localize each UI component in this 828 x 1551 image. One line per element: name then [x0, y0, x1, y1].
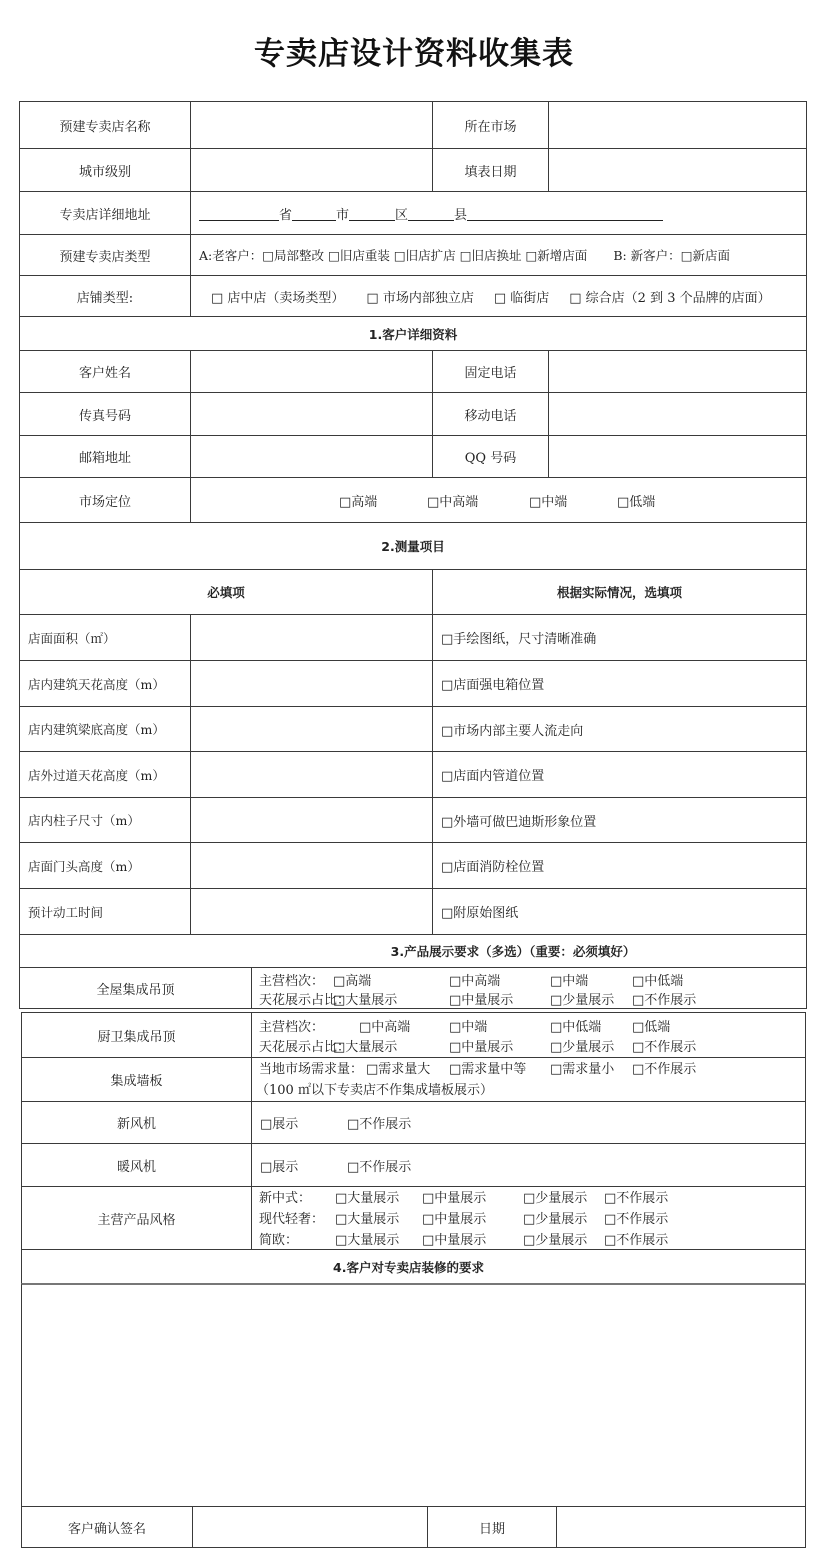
optional-item[interactable]: □手绘图纸，尺寸清晰准确: [432, 614, 807, 661]
customer-name-label: 客户姓名: [19, 350, 191, 393]
mobile-field[interactable]: [548, 392, 807, 436]
store-type-a-option[interactable]: □旧店扩店: [394, 246, 456, 264]
optional-item[interactable]: □外墙可做巴迪斯形象位置: [432, 797, 807, 843]
measure-label: 店内建筑梁底高度（m）: [19, 706, 191, 752]
product-label: 新风机: [21, 1101, 252, 1144]
checkbox-option[interactable]: □不作展示: [604, 1187, 668, 1206]
required-header: 必填项: [19, 569, 433, 615]
measure-label: 店外过道天花高度（m）: [19, 751, 191, 798]
checkbox-option[interactable]: □高端: [333, 970, 371, 989]
optional-item[interactable]: □店面内管道位置: [432, 751, 807, 798]
market-position-option[interactable]: □中高端: [427, 491, 478, 510]
measure-label: 预计动工时间: [19, 888, 191, 935]
optional-header: 根据实际情况，选填项: [432, 569, 807, 615]
checkbox-option[interactable]: □中端: [550, 970, 588, 989]
city-level-field[interactable]: [190, 148, 433, 192]
product-options: 主营档次： □高端 □中高端 □中端 □中低端 天花展示占比： □大量展示 □中…: [251, 967, 807, 1009]
measure-field[interactable]: [190, 706, 433, 752]
optional-item[interactable]: □店面强电箱位置: [432, 660, 807, 707]
measure-label: 店面面积（㎡）: [19, 614, 191, 661]
checkbox-option[interactable]: □中端: [449, 1016, 487, 1035]
checkbox-option[interactable]: □低端: [632, 1016, 670, 1035]
store-type-b-label: B: 新客户：: [613, 246, 680, 264]
product-label: 集成墙板: [21, 1057, 252, 1102]
sign-date-label: 日期: [427, 1506, 557, 1548]
form-title: 专卖店设计资料收集表: [0, 28, 828, 73]
address-label: 专卖店详细地址: [19, 191, 191, 235]
fill-date-field[interactable]: [548, 148, 807, 192]
checkbox-option[interactable]: □不作展示: [347, 1113, 411, 1132]
sign-date-field[interactable]: [556, 1506, 806, 1548]
product-label: 全屋集成吊顶: [19, 967, 252, 1009]
optional-item[interactable]: □店面消防栓位置: [432, 842, 807, 889]
measure-field[interactable]: [190, 614, 433, 661]
optional-item[interactable]: □市场内部主要人流走向: [432, 706, 807, 752]
store-name-field[interactable]: [190, 101, 433, 149]
checkbox-option[interactable]: □大量展示: [333, 1036, 397, 1055]
store-type-a-option[interactable]: □新增店面: [526, 246, 588, 264]
option-prefix: 主营档次：: [259, 1016, 324, 1035]
mobile-label: 移动电话: [432, 392, 549, 436]
city-suffix: 市: [336, 204, 349, 223]
market-label: 所在市场: [432, 101, 549, 149]
email-field[interactable]: [190, 435, 433, 478]
province-suffix: 省: [279, 204, 292, 223]
checkbox-option[interactable]: □不作展示: [632, 1036, 696, 1055]
optional-item[interactable]: □附原始图纸: [432, 888, 807, 935]
province-blank[interactable]: [199, 206, 279, 221]
email-label: 邮箱地址: [19, 435, 191, 478]
district-blank[interactable]: [349, 206, 395, 221]
checkbox-option[interactable]: □展示: [260, 1113, 298, 1132]
checkbox-option[interactable]: □中量展示: [449, 1036, 513, 1055]
product-options: 主营档次： □中高端 □中端 □中低端 □低端 天花展示占比： □大量展示 □中…: [251, 1012, 806, 1058]
checkbox-option[interactable]: □需求量小: [550, 1058, 614, 1077]
market-position-field: □高端 □中高端 □中端 □低端: [190, 477, 807, 523]
fax-field[interactable]: [190, 392, 433, 436]
signature-field[interactable]: [192, 1506, 428, 1548]
landline-label: 固定电话: [432, 350, 549, 393]
market-field[interactable]: [548, 101, 807, 149]
renovation-requirements-field[interactable]: [21, 1283, 806, 1507]
qq-label: QQ 号码: [432, 435, 549, 478]
city-level-label: 城市级别: [19, 148, 191, 192]
checkbox-option[interactable]: □中低端: [632, 970, 683, 989]
checkbox-option[interactable]: □少量展示: [523, 1229, 587, 1248]
option-prefix: 新中式：: [259, 1187, 311, 1206]
product-label: 厨卫集成吊顶: [21, 1012, 252, 1058]
checkbox-option[interactable]: □不作展示: [632, 1058, 696, 1077]
product-options: □展示 □不作展示: [251, 1143, 806, 1187]
market-position-label: 市场定位: [19, 477, 191, 523]
store-type-a-option[interactable]: □旧店换址: [460, 246, 522, 264]
checkbox-option[interactable]: □中低端: [550, 1016, 601, 1035]
store-type-a-label: A:老客户：: [199, 246, 262, 264]
measure-label: 店内柱子尺寸（m）: [19, 797, 191, 843]
shop-kind-option[interactable]: □ 综合店（2 到 3 个品牌的店面）: [569, 287, 770, 306]
product-label: 主营产品风格: [21, 1186, 252, 1250]
store-type-label: 预建专卖店类型: [19, 234, 191, 276]
product-options: 新中式： □大量展示 □中量展示 □少量展示 □不作展示 现代轻奢： □大量展示…: [251, 1186, 806, 1250]
checkbox-option[interactable]: □不作展示: [347, 1156, 411, 1175]
checkbox-option[interactable]: □大量展示: [333, 989, 397, 1008]
store-type-b-option[interactable]: □新店面: [681, 246, 730, 264]
checkbox-option[interactable]: □不作展示: [604, 1208, 668, 1227]
store-type-field: A:老客户： □局部整改 □旧店重装 □旧店扩店 □旧店换址 □新增店面 B: …: [190, 234, 807, 276]
checkbox-option[interactable]: □大量展示: [335, 1229, 399, 1248]
section4-title: 4.客户对专卖店装修的要求: [21, 1249, 806, 1284]
checkbox-option[interactable]: □少量展示: [550, 1036, 614, 1055]
checkbox-option[interactable]: □需求量中等: [449, 1058, 526, 1077]
fill-date-label: 填表日期: [432, 148, 549, 192]
store-name-label: 预建专卖店名称: [19, 101, 191, 149]
market-position-option[interactable]: □中端: [529, 491, 567, 510]
county-blank[interactable]: [408, 206, 454, 221]
option-prefix: 当地市场需求量：: [259, 1058, 363, 1077]
measure-field[interactable]: [190, 660, 433, 707]
measure-field[interactable]: [190, 751, 433, 798]
shop-kind-option[interactable]: □ 市场内部独立店: [366, 287, 473, 306]
checkbox-option[interactable]: □展示: [260, 1156, 298, 1175]
store-type-a-option[interactable]: □旧店重装: [328, 246, 390, 264]
fax-label: 传真号码: [19, 392, 191, 436]
market-position-option[interactable]: □低端: [617, 491, 655, 510]
city-blank[interactable]: [292, 206, 336, 221]
option-prefix: 现代轻奢：: [259, 1208, 324, 1227]
section1-title: 1.客户详细资料: [19, 316, 807, 351]
county-suffix: 县: [454, 204, 467, 223]
checkbox-option[interactable]: □中高端: [359, 1016, 410, 1035]
section2-title: 2.测量项目: [19, 522, 807, 570]
checkbox-option[interactable]: □不作展示: [604, 1229, 668, 1248]
measure-field[interactable]: [190, 797, 433, 843]
signature-label: 客户确认签名: [21, 1506, 193, 1548]
checkbox-option[interactable]: □需求量大: [366, 1058, 430, 1077]
section4-title-text: 4.客户对专卖店装修的要求: [333, 1258, 484, 1276]
wall-panel-note: （100 ㎡以下专卖店不作集成墙板展示）: [256, 1079, 493, 1098]
market-position-option[interactable]: □高端: [339, 491, 377, 510]
checkbox-option[interactable]: □中高端: [449, 970, 500, 989]
district-suffix: 区: [395, 204, 408, 223]
checkbox-option[interactable]: □少量展示: [523, 1187, 587, 1206]
checkbox-option[interactable]: □少量展示: [550, 989, 614, 1008]
measure-field[interactable]: [190, 842, 433, 889]
product-options: 当地市场需求量： □需求量大 □需求量中等 □需求量小 □不作展示 （100 ㎡…: [251, 1057, 806, 1102]
store-type-a-option[interactable]: □局部整改: [262, 246, 324, 264]
shop-kind-label: 店铺类型:: [19, 275, 191, 317]
product-label: 暖风机: [21, 1143, 252, 1187]
option-prefix: 主营档次：: [259, 970, 324, 989]
shop-kind-field: □ 店中店（卖场类型） □ 市场内部独立店 □ 临街店 □ 综合店（2 到 3 …: [190, 275, 807, 317]
customer-name-field[interactable]: [190, 350, 433, 393]
shop-kind-option[interactable]: □ 店中店（卖场类型）: [211, 287, 344, 306]
checkbox-option[interactable]: □中量展示: [422, 1229, 486, 1248]
section3-title: 3.产品展示要求（多选）（重要：必须填好）: [19, 934, 807, 968]
measure-field[interactable]: [190, 888, 433, 935]
checkbox-option[interactable]: □中量展示: [449, 989, 513, 1008]
landline-field[interactable]: [548, 350, 807, 393]
checkbox-option[interactable]: □少量展示: [523, 1208, 587, 1227]
measure-label: 店内建筑天花高度（m）: [19, 660, 191, 707]
measure-label: 店面门头高度（m）: [19, 842, 191, 889]
checkbox-option[interactable]: □中量展示: [422, 1187, 486, 1206]
qq-field[interactable]: [548, 435, 807, 478]
address-field[interactable]: 省市区县: [190, 191, 807, 235]
checkbox-option[interactable]: □大量展示: [335, 1208, 399, 1227]
checkbox-option[interactable]: □中量展示: [422, 1208, 486, 1227]
checkbox-option[interactable]: □不作展示: [632, 989, 696, 1008]
checkbox-option[interactable]: □大量展示: [335, 1187, 399, 1206]
product-options: □展示 □不作展示: [251, 1101, 806, 1144]
option-prefix: 简欧：: [259, 1229, 298, 1248]
street-blank[interactable]: [467, 206, 663, 221]
section3-title-text: 3.产品展示要求（多选）（重要：必须填好）: [391, 942, 636, 960]
shop-kind-option[interactable]: □ 临街店: [494, 287, 549, 306]
